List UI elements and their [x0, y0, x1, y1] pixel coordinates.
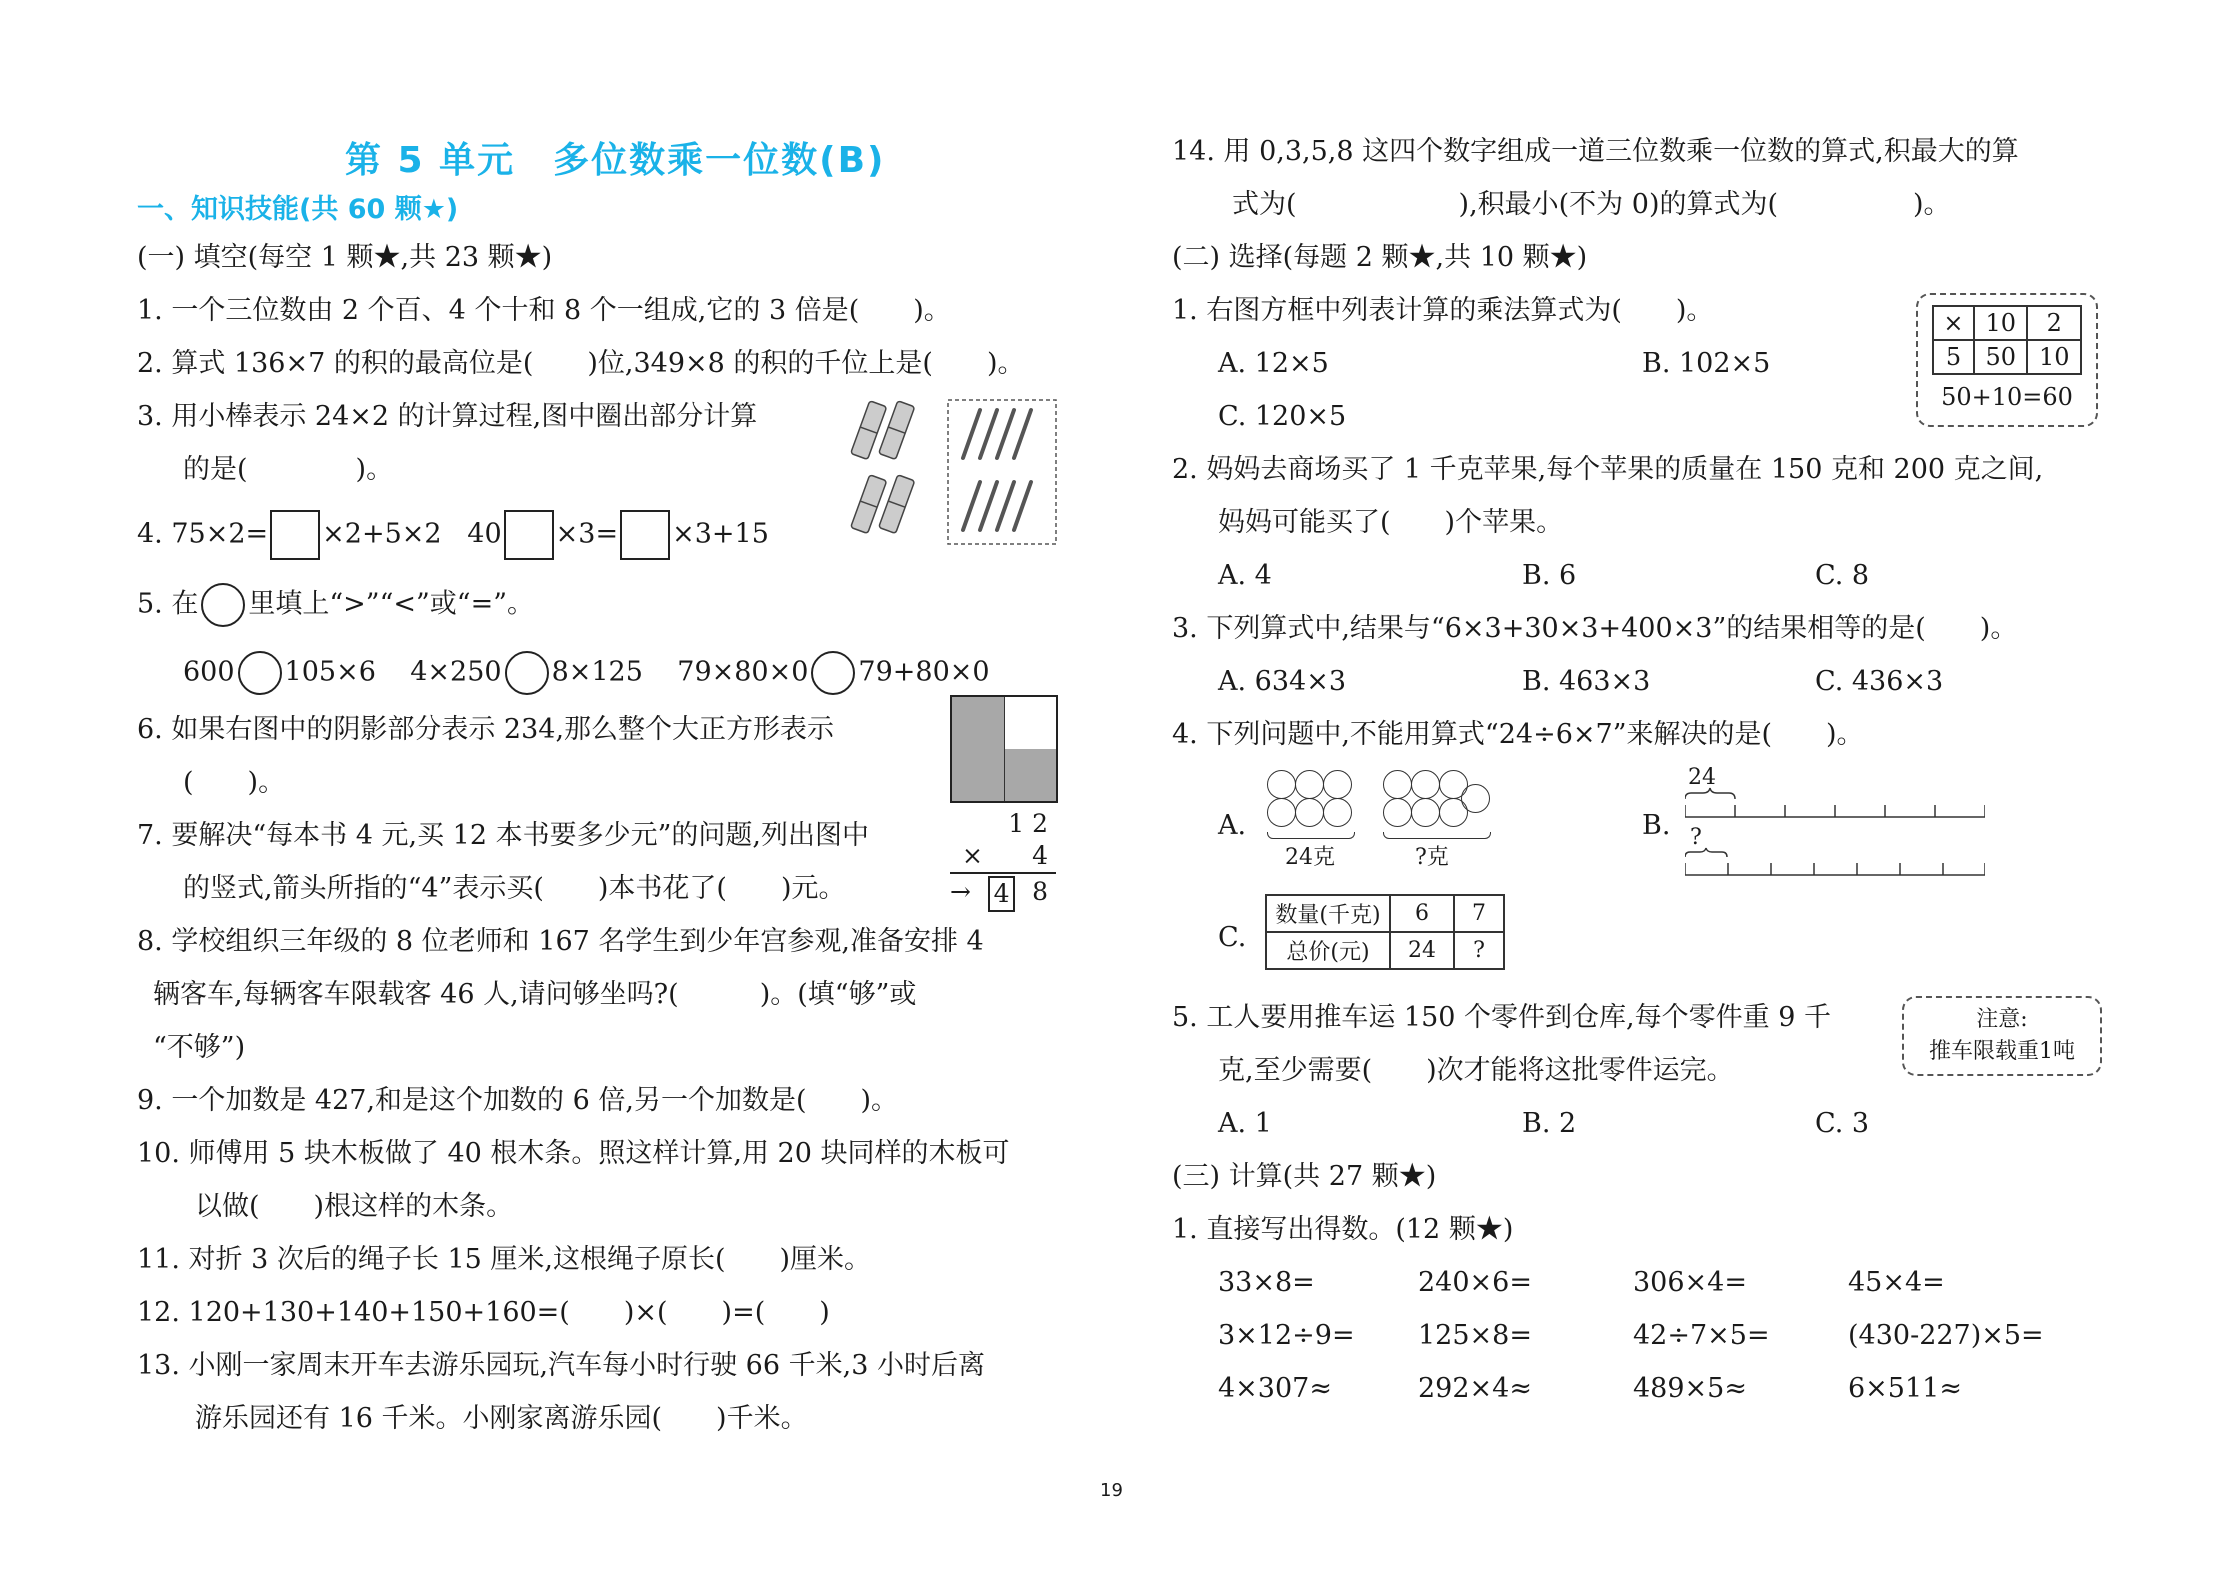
subsection-calc-heading: (三) 计算(共 27 颗★) [1172, 1159, 1436, 1195]
choice-q2-option-b[interactable]: B. 6 [1522, 558, 1576, 594]
question-12: 12. 120+130+140+150+160=( )×( )=( ) [137, 1295, 830, 1331]
arrow-right-icon: → [950, 876, 971, 912]
calc-item: (430-227)×5= [1848, 1318, 2044, 1354]
section-heading-knowledge: 一、知识技能(共 60 颗★) [137, 187, 458, 226]
question-14-line2: 式为( ),积最小(不为 0)的算式为( )。 [1232, 187, 1951, 223]
calc-item: 292×4≈ [1418, 1371, 1532, 1407]
question-11: 11. 对折 3 次后的绳子长 15 厘米,这根绳子原长( )厘米。 [137, 1242, 871, 1278]
compare-circle[interactable] [238, 651, 282, 695]
choice-q3-option-b[interactable]: B. 463×3 [1522, 664, 1650, 700]
question-4: 4. 75×2=×2+5×2 40×3=×3+15 [137, 510, 769, 560]
choice-q4-option-c-label[interactable]: C. [1218, 920, 1246, 956]
choice-q5-option-b[interactable]: B. 2 [1522, 1106, 1576, 1142]
choice-q1-option-c[interactable]: C. 120×5 [1218, 399, 1346, 435]
calc-item: 306×4= [1633, 1265, 1747, 1301]
choice-q1-stem: 1. 右图方框中列表计算的乘法算式为( )。 [1172, 293, 1713, 329]
page-number: 19 [1100, 1480, 1123, 1501]
calc-q1-stem: 1. 直接写出得数。(12 颗★) [1172, 1212, 1513, 1248]
stick-bundles-icon [845, 398, 1060, 546]
choice-q4-option-a-label[interactable]: A. [1218, 808, 1246, 844]
question-10-line1: 10. 师傅用 5 块木板做了 40 根木条。照这样计算,用 20 块同样的木板… [137, 1136, 1010, 1172]
question-2: 2. 算式 136×7 的积的最高位是( )位,349×8 的积的千位上是( )… [137, 346, 1024, 382]
subsection-choice-heading: (二) 选择(每题 2 颗★,共 10 颗★) [1172, 240, 1587, 276]
question-8-line1: 8. 学校组织三年级的 8 位老师和 167 名学生到少年宫参观,准备安排 4 [137, 924, 984, 960]
calc-item: 3×12÷9= [1218, 1318, 1355, 1354]
choice-q2-stem-line1: 2. 妈妈去商场买了 1 千克苹果,每个苹果的质量在 150 克和 200 克之… [1172, 452, 2043, 488]
question-10-line2: 以做( )根这样的木条。 [195, 1189, 513, 1225]
calc-item: 42÷7×5= [1633, 1318, 1770, 1354]
choice-q3-option-c[interactable]: C. 436×3 [1815, 664, 1943, 700]
price-table: 数量(千克)67 总价(元)24? [1265, 894, 1505, 970]
note-box: 注意: 推车限载重1吨 [1902, 996, 2102, 1076]
compare-circle-icon [201, 583, 245, 627]
question-1: 1. 一个三位数由 2 个百、4 个十和 8 个一组成,它的 3 倍是( )。 [137, 293, 951, 329]
compare-circle[interactable] [505, 651, 549, 695]
choice-q4-stem: 4. 下列问题中,不能用算式“24÷6×7”来解决的是( )。 [1172, 717, 1864, 753]
question-13-line1: 13. 小刚一家周末开车去游乐园玩,汽车每小时行驶 66 千米,3 小时后离 [137, 1348, 985, 1384]
choice-q5-stem-line1: 5. 工人要用推车运 150 个零件到仓库,每个零件重 9 千 [1172, 1000, 1831, 1036]
page-title: 第 5 单元 多位数乘一位数(B) [345, 132, 885, 183]
choice-q1-option-a[interactable]: A. 12×5 [1218, 346, 1329, 382]
question-6-line2: ( )。 [183, 765, 285, 801]
calc-item: 6×511≈ [1848, 1371, 1962, 1407]
calc-item: 125×8= [1418, 1318, 1532, 1354]
question-6-line1: 6. 如果右图中的阴影部分表示 234,那么整个大正方形表示 [137, 712, 834, 748]
choice-q2-stem-line2: 妈妈可能买了( )个苹果。 [1218, 505, 1563, 541]
answer-box[interactable] [620, 510, 670, 560]
answer-box[interactable] [504, 510, 554, 560]
question-9: 9. 一个加数是 427,和是这个加数的 6 倍,另一个加数是( )。 [137, 1083, 898, 1119]
vertical-multiplication: 1 2 ×4 → 4 8 [950, 808, 1056, 912]
question-13-line2: 游乐园还有 16 千米。小刚家离游乐园( )千米。 [195, 1401, 808, 1437]
question-7-line2: 的竖式,箭头所指的“4”表示买( )本书花了( )元。 [183, 871, 846, 907]
question-3-line1: 3. 用小棒表示 24×2 的计算过程,图中圈出部分计算 [137, 399, 757, 435]
choice-q2-option-c[interactable]: C. 8 [1815, 558, 1869, 594]
subsection-fill-heading: (一) 填空(每空 1 颗★,共 23 颗★) [137, 240, 552, 276]
calc-item: 240×6= [1418, 1265, 1532, 1301]
answer-box[interactable] [270, 510, 320, 560]
calc-item: 489×5≈ [1633, 1371, 1747, 1407]
choice-q3-option-a[interactable]: A. 634×3 [1218, 664, 1346, 700]
question-8-line2: 辆客车,每辆客车限载客 46 人,请问够坐吗?( )。(填“够”或 [153, 977, 916, 1013]
calc-item: 45×4= [1848, 1265, 1945, 1301]
question-5: 5. 在里填上“>”“<”或“=”。 [137, 583, 534, 627]
compare-circle[interactable] [811, 651, 855, 695]
question-3-line2: 的是( )。 [183, 452, 393, 488]
choice-q5-stem-line2: 克,至少需要( )次才能将这批零件运完。 [1218, 1053, 1734, 1089]
question-5-items: 600105×6 4×2508×125 79×80×079+80×0 [183, 651, 990, 695]
question-8-line3: “不够”) [153, 1030, 245, 1066]
calc-item: 33×8= [1218, 1265, 1315, 1301]
shaded-square-figure [950, 695, 1058, 803]
question-14-line1: 14. 用 0,3,5,8 这四个数字组成一道三位数乘一位数的算式,积最大的算 [1172, 134, 2019, 170]
choice-q5-option-a[interactable]: A. 1 [1218, 1106, 1272, 1142]
multiplication-table-figure: ×102 55010 50+10=60 [1916, 293, 2098, 427]
choice-q1-option-b[interactable]: B. 102×5 [1642, 346, 1770, 382]
choice-q5-option-c[interactable]: C. 3 [1815, 1106, 1869, 1142]
question-7-line1: 7. 要解决“每本书 4 元,买 12 本书要多少元”的问题,列出图中 [137, 818, 869, 854]
choice-q2-option-a[interactable]: A. 4 [1218, 558, 1272, 594]
calc-item: 4×307≈ [1218, 1371, 1332, 1407]
sticks-figure [845, 398, 1060, 546]
choice-q3-stem: 3. 下列算式中,结果与“6×3+30×3+400×3”的结果相等的是( )。 [1172, 611, 2017, 647]
segment-diagram-figure: 24 ? [1440, 765, 1720, 895]
